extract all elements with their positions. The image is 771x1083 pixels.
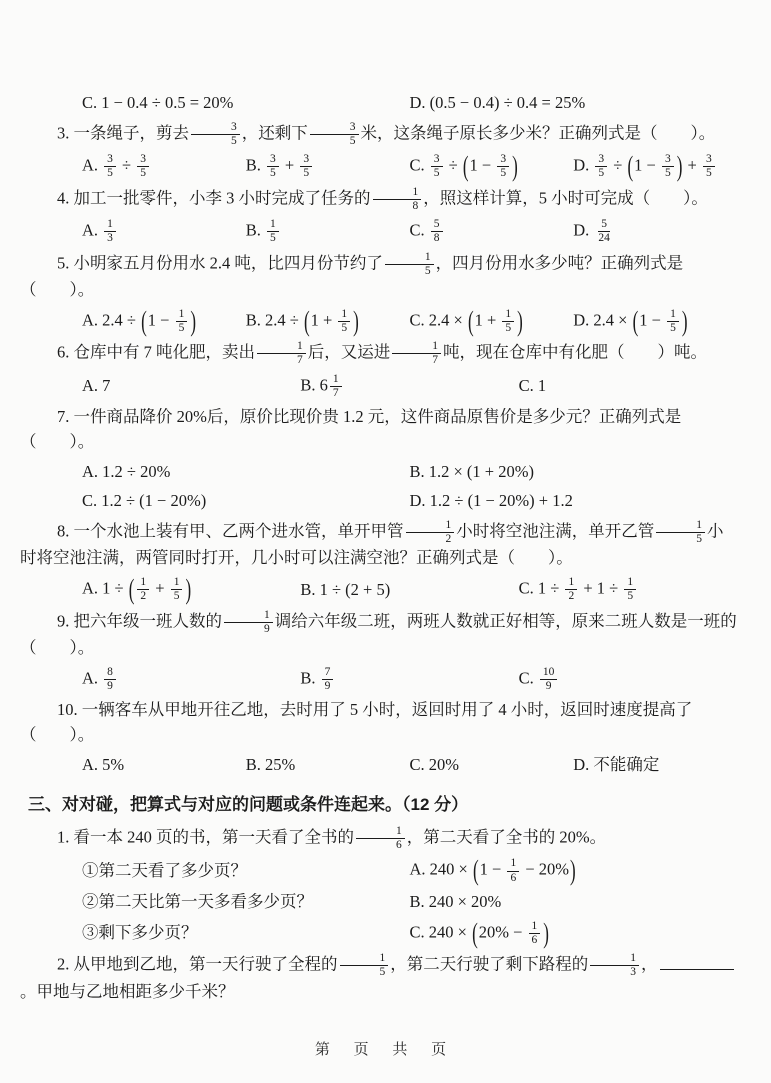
match-row: ②第二天比第一天多看多少页？B. 240 × 20%: [20, 890, 737, 915]
options-row: A. 7B. 617C. 1: [20, 373, 737, 400]
fraction: 17: [257, 340, 306, 367]
big-paren: ): [570, 849, 576, 892]
fraction-denominator: 5: [137, 167, 149, 180]
option-item: B. 35 + 35: [246, 153, 410, 180]
fraction-denominator: 6: [529, 934, 541, 947]
option-item: D. 1.2 ÷ (1 − 20%) + 1.2: [410, 489, 738, 514]
fraction-denominator: 5: [267, 232, 279, 245]
fraction: 35: [191, 121, 240, 148]
fraction: 15: [176, 308, 188, 335]
fraction: 16: [529, 920, 541, 947]
question-text: 6. 仓库中有 7 吨化肥，卖出17后，又运进17吨，现在仓库中有化肥（ ）吨。: [20, 340, 737, 367]
fraction-numerator: 1: [338, 308, 350, 322]
fraction: 89: [104, 666, 116, 693]
match-item: ③剩下多少页？: [82, 921, 410, 946]
big-paren: (: [627, 145, 633, 188]
question-text: 10. 一辆客车从甲地开往乙地，去时用了 5 小时，返回时用了 4 小时，返回时…: [20, 698, 737, 748]
big-paren: ): [185, 568, 191, 611]
option-item: C. 35 ÷ (1 − 35): [410, 153, 574, 180]
question-text: 8. 一个水池上装有甲、乙两个进水管，单开甲管12小时将空池注满，单开乙管15小…: [20, 519, 737, 571]
fraction-numerator: 1: [590, 952, 639, 966]
option-item: B. 617: [300, 373, 518, 400]
big-paren: ): [677, 145, 683, 188]
fraction-numerator: 1: [373, 186, 422, 200]
fraction-numerator: 1: [392, 340, 441, 354]
fraction-denominator: 5: [656, 533, 705, 546]
fraction-numerator: 3: [191, 121, 240, 135]
option-item: A. 13: [82, 218, 246, 245]
match-item: C. 240 × (20% − 16): [410, 920, 738, 947]
big-paren: ): [543, 912, 549, 955]
fraction-denominator: 9: [322, 680, 334, 693]
option-item: A. 5%: [82, 753, 246, 778]
fraction-denominator: 2: [565, 590, 577, 603]
fraction: 18: [373, 186, 422, 213]
fraction: 109: [540, 666, 558, 693]
question-text: 4. 加工一批零件，小李 3 小时完成了任务的18，照这样计算，5 小时可完成（…: [20, 186, 737, 213]
fraction: 15: [171, 576, 183, 603]
fraction-numerator: 1: [257, 340, 306, 354]
option-item: B. 15: [246, 218, 410, 245]
fraction: 35: [595, 153, 607, 180]
fraction-numerator: 1: [406, 519, 455, 533]
fraction-numerator: 1: [385, 251, 434, 265]
fraction-denominator: 5: [595, 167, 607, 180]
option-item: B. 25%: [246, 753, 410, 778]
fraction-denominator: 5: [662, 167, 674, 180]
fraction: 15: [385, 251, 434, 278]
question-text: 1. 看一本 240 页的书，第一天看了全书的16，第二天看了全书的 20%。: [20, 825, 737, 852]
option-item: C. 1 ÷ 12 + 1 ÷ 15: [519, 576, 737, 603]
options-row: A. 1 ÷ (12 + 15)B. 1 ÷ (2 + 5)C. 1 ÷ 12 …: [20, 576, 737, 603]
fraction-denominator: 5: [431, 167, 443, 180]
fraction-numerator: 7: [322, 666, 334, 680]
fraction-denominator: 9: [104, 680, 116, 693]
fraction: 16: [356, 825, 405, 852]
fraction-denominator: 5: [300, 167, 312, 180]
fraction: 15: [667, 308, 679, 335]
big-paren: ): [512, 145, 518, 188]
question-text: 5. 小明家五月份用水 2.4 吨，比四月份节约了15，四月份用水多少吨？正确列…: [20, 251, 737, 303]
fraction-denominator: 7: [330, 387, 342, 400]
fraction-denominator: 5: [310, 135, 359, 148]
options-row: A. 5%B. 25%C. 20%D. 不能确定: [20, 753, 737, 778]
fraction: 17: [330, 373, 342, 400]
fraction-denominator: 5: [104, 167, 116, 180]
fraction-denominator: 7: [392, 354, 441, 367]
option-item: C. 1.2 ÷ (1 − 20%): [82, 489, 410, 514]
fraction-numerator: 1: [171, 576, 183, 590]
options-row: A. 1.2 ÷ 20%B. 1.2 × (1 + 20%): [20, 460, 737, 485]
fraction-numerator: 3: [104, 153, 116, 167]
fraction: 16: [507, 857, 519, 884]
fraction: 15: [624, 576, 636, 603]
option-item: D. 不能确定: [573, 753, 737, 778]
exam-page: C. 1 − 0.4 ÷ 0.5 = 20%D. (0.5 − 0.4) ÷ 0…: [0, 0, 771, 1083]
fraction-denominator: 2: [137, 590, 149, 603]
options-row: A. 13B. 15C. 58D. 524: [20, 218, 737, 245]
match-row: ①第二天看了多少页？A. 240 × (1 − 16 − 20%): [20, 857, 737, 884]
option-item: B. 2.4 ÷ (1 + 15): [246, 308, 410, 335]
options-row: A. 35 ÷ 35B. 35 + 35C. 35 ÷ (1 − 35)D. 3…: [20, 153, 737, 180]
fraction-numerator: 1: [104, 218, 116, 232]
option-item: D. 2.4 × (1 − 15): [573, 308, 737, 335]
match-item: ①第二天看了多少页？: [82, 859, 410, 884]
fraction: 35: [431, 153, 443, 180]
fraction-denominator: 5: [667, 322, 679, 335]
fraction: 35: [300, 153, 312, 180]
fraction: 35: [662, 153, 674, 180]
fraction-denominator: 6: [507, 872, 519, 885]
options-row: C. 1 − 0.4 ÷ 0.5 = 20%D. (0.5 − 0.4) ÷ 0…: [20, 91, 737, 116]
option-item: C. 20%: [410, 753, 574, 778]
fraction-numerator: 5: [431, 218, 443, 232]
fraction-numerator: 1: [267, 218, 279, 232]
big-paren: (: [129, 568, 135, 611]
fraction-denominator: 2: [406, 533, 455, 546]
fraction-numerator: 3: [267, 153, 279, 167]
big-paren: (: [304, 300, 310, 343]
options-row: A. 89B. 79C. 109: [20, 666, 737, 693]
fraction: 12: [565, 576, 577, 603]
fraction: 12: [137, 576, 149, 603]
fraction-numerator: 1: [624, 576, 636, 590]
fraction: 19: [224, 609, 273, 636]
big-paren: ): [190, 300, 196, 343]
section-header: 三、对对碰，把算式与对应的问题或条件连起来。（12 分）: [20, 792, 737, 818]
match-item: A. 240 × (1 − 16 − 20%): [410, 857, 738, 884]
fraction-numerator: 3: [310, 121, 359, 135]
fraction: 15: [502, 308, 514, 335]
fraction-denominator: 7: [257, 354, 306, 367]
fraction-numerator: 1: [565, 576, 577, 590]
big-paren: ): [517, 300, 523, 343]
fraction: 13: [104, 218, 116, 245]
option-item: A. 1 ÷ (12 + 15): [82, 576, 300, 603]
fraction-denominator: 9: [224, 623, 273, 636]
question-text: 7. 一件商品降价 20%后，原价比现价贵 1.2 元，这件商品原售价是多少元？…: [20, 405, 737, 455]
fraction: 35: [497, 153, 509, 180]
fraction-numerator: 1: [224, 609, 273, 623]
option-item: B. 1.2 × (1 + 20%): [410, 460, 738, 485]
fraction-numerator: 1: [656, 519, 705, 533]
option-item: C. 109: [519, 666, 737, 693]
fraction-numerator: 3: [703, 153, 715, 167]
fraction-numerator: 1: [176, 308, 188, 322]
big-paren: ): [682, 300, 688, 343]
question-text: 2. 从甲地到乙地，第一天行驶了全程的15，第二天行驶了剩下路程的13，。甲地与…: [20, 952, 737, 1004]
option-item: A. 2.4 ÷ (1 − 15): [82, 308, 246, 335]
big-paren: (: [463, 145, 469, 188]
option-item: D. 524: [573, 218, 737, 245]
option-item: C. 2.4 × (1 + 15): [410, 308, 574, 335]
fraction-numerator: 1: [507, 857, 519, 871]
fraction-denominator: 5: [340, 966, 389, 979]
fraction-denominator: 8: [431, 232, 443, 245]
options-row: A. 2.4 ÷ (1 − 15)B. 2.4 ÷ (1 + 15)C. 2.4…: [20, 308, 737, 335]
option-item: B. 79: [300, 666, 518, 693]
option-item: B. 1 ÷ (2 + 5): [300, 578, 518, 603]
fraction-denominator: 5: [385, 265, 434, 278]
fraction: 35: [310, 121, 359, 148]
fraction-denominator: 5: [703, 167, 715, 180]
exam-content: C. 1 − 0.4 ÷ 0.5 = 20%D. (0.5 − 0.4) ÷ 0…: [20, 91, 737, 1004]
fraction: 15: [267, 218, 279, 245]
fraction-numerator: 3: [137, 153, 149, 167]
big-paren: ): [353, 300, 359, 343]
match-item: B. 240 × 20%: [410, 890, 738, 915]
big-paren: (: [472, 912, 478, 955]
fraction-denominator: 5: [191, 135, 240, 148]
fraction-denominator: 5: [624, 590, 636, 603]
big-paren: (: [141, 300, 147, 343]
fraction-numerator: 3: [662, 153, 674, 167]
fraction-denominator: 5: [176, 322, 188, 335]
option-item: C. 1 − 0.4 ÷ 0.5 = 20%: [82, 91, 410, 116]
fraction-numerator: 1: [667, 308, 679, 322]
match-row: ③剩下多少页？C. 240 × (20% − 16): [20, 920, 737, 947]
fraction: 79: [322, 666, 334, 693]
fraction: 524: [595, 218, 613, 245]
fraction-denominator: 5: [171, 590, 183, 603]
fraction: 58: [431, 218, 443, 245]
fraction-denominator: 5: [497, 167, 509, 180]
fraction-denominator: 5: [502, 322, 514, 335]
fraction: 13: [590, 952, 639, 979]
fraction-denominator: 3: [104, 232, 116, 245]
fraction-denominator: 8: [373, 200, 422, 213]
fraction: 35: [137, 153, 149, 180]
fraction: 15: [338, 308, 350, 335]
big-paren: (: [473, 849, 479, 892]
fraction: 35: [267, 153, 279, 180]
fraction-denominator: 5: [338, 322, 350, 335]
fraction-numerator: 1: [340, 952, 389, 966]
option-item: D. 35 ÷ (1 − 35) + 35: [573, 153, 737, 180]
fraction-denominator: 5: [267, 167, 279, 180]
question-text: 9. 把六年级一班人数的19调给六年级二班，两班人数就正好相等，原来二班人数是一…: [20, 609, 737, 661]
options-row: C. 1.2 ÷ (1 − 20%)D. 1.2 ÷ (1 − 20%) + 1…: [20, 489, 737, 514]
big-paren: (: [633, 300, 639, 343]
option-item: A. 1.2 ÷ 20%: [82, 460, 410, 485]
option-item: A. 89: [82, 666, 300, 693]
fraction-numerator: 1: [330, 373, 342, 387]
fraction-numerator: 8: [104, 666, 116, 680]
fraction-denominator: 9: [543, 680, 555, 693]
fraction-denominator: 6: [356, 839, 405, 852]
fraction: 15: [656, 519, 705, 546]
option-item: C. 1: [519, 374, 737, 399]
question-text: 3. 一条绳子，剪去35，还剩下35米，这条绳子原长多少米？正确列式是（ ）。: [20, 121, 737, 148]
fraction-numerator: 10: [540, 666, 558, 680]
option-item: D. (0.5 − 0.4) ÷ 0.4 = 25%: [410, 91, 738, 116]
page-footer: 第 页 共 页: [0, 1038, 771, 1059]
fraction-numerator: 1: [356, 825, 405, 839]
fraction-numerator: 3: [595, 153, 607, 167]
fraction-numerator: 5: [598, 218, 610, 232]
big-paren: (: [468, 300, 474, 343]
fraction-denominator: 24: [595, 232, 613, 245]
fraction: 17: [392, 340, 441, 367]
option-item: A. 35 ÷ 35: [82, 153, 246, 180]
fraction-numerator: 1: [502, 308, 514, 322]
fraction-numerator: 1: [137, 576, 149, 590]
fill-in-blank: [660, 952, 734, 970]
fraction: 15: [340, 952, 389, 979]
fraction-numerator: 3: [497, 153, 509, 167]
fraction: 35: [703, 153, 715, 180]
fraction-numerator: 1: [529, 920, 541, 934]
option-item: C. 58: [410, 218, 574, 245]
fraction-numerator: 3: [431, 153, 443, 167]
fraction: 35: [104, 153, 116, 180]
fraction: 12: [406, 519, 455, 546]
option-item: A. 7: [82, 374, 300, 399]
match-item: ②第二天比第一天多看多少页？: [82, 890, 410, 915]
fraction-numerator: 3: [300, 153, 312, 167]
fraction-denominator: 3: [590, 966, 639, 979]
